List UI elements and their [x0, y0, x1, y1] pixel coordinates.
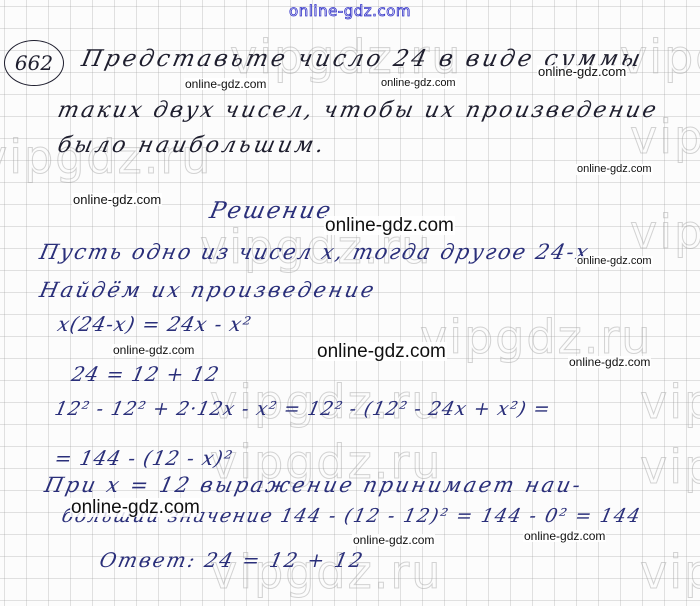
watermark-site: online-gdz.com [352, 534, 435, 546]
notebook-page: vipgdz.ru vipgdz.ru vipgdz.ru vipgdz.ru … [0, 0, 700, 606]
watermark-vipgdz: vipgdz.ru [640, 545, 700, 599]
watermark-site: online-gdz.com [537, 65, 627, 78]
solution-line: x(24-x) = 24x - x² [55, 312, 253, 336]
watermark-site: online-gdz.com [112, 344, 195, 356]
watermark-site: online-gdz.com [380, 78, 457, 89]
task-statement-line: было наибольшим. [55, 133, 329, 158]
task-number: 662 [15, 51, 53, 75]
watermark-site: online-gdz.com [576, 256, 653, 267]
solution-line: При x = 12 выражение принимает наи- [42, 473, 585, 497]
watermark-site: online-gdz.com [70, 498, 201, 517]
watermark-vipgdz: vipgdz.ru [640, 440, 700, 494]
watermark-top: online-gdz.com [0, 2, 700, 20]
watermark-vipgdz: vipgdz.ru [630, 205, 700, 259]
solution-line: Найдём их произведение [37, 278, 378, 302]
answer-line: Ответ: 24 = 12 + 12 [97, 548, 366, 572]
watermark-site: online-gdz.com [523, 530, 606, 542]
task-statement-line: таких двух чисел, чтобы их произведение [55, 98, 660, 123]
watermark-site: online-gdz.com [324, 216, 455, 235]
watermark-vipgdz: vipgdz.ru [640, 375, 700, 429]
solution-line: = 144 - (12 - x)² [52, 446, 235, 470]
solution-line: Пусть одно из чисел x, тогда другое 24-x [37, 240, 592, 264]
solution-line: 12² - 12² + 2·12x - x² = 12² - (12² - 24… [53, 398, 553, 420]
watermark-site: online-gdz.com [184, 78, 267, 90]
solution-heading: Решение [207, 198, 335, 224]
task-number-badge: 662 [4, 40, 64, 86]
watermark-site: online-gdz.com [568, 356, 651, 368]
watermark-site: online-gdz.com [72, 193, 162, 206]
solution-line: 24 = 12 + 12 [69, 362, 221, 386]
watermark-site: online-gdz.com [316, 342, 447, 361]
watermark-site: online-gdz.com [576, 164, 653, 175]
